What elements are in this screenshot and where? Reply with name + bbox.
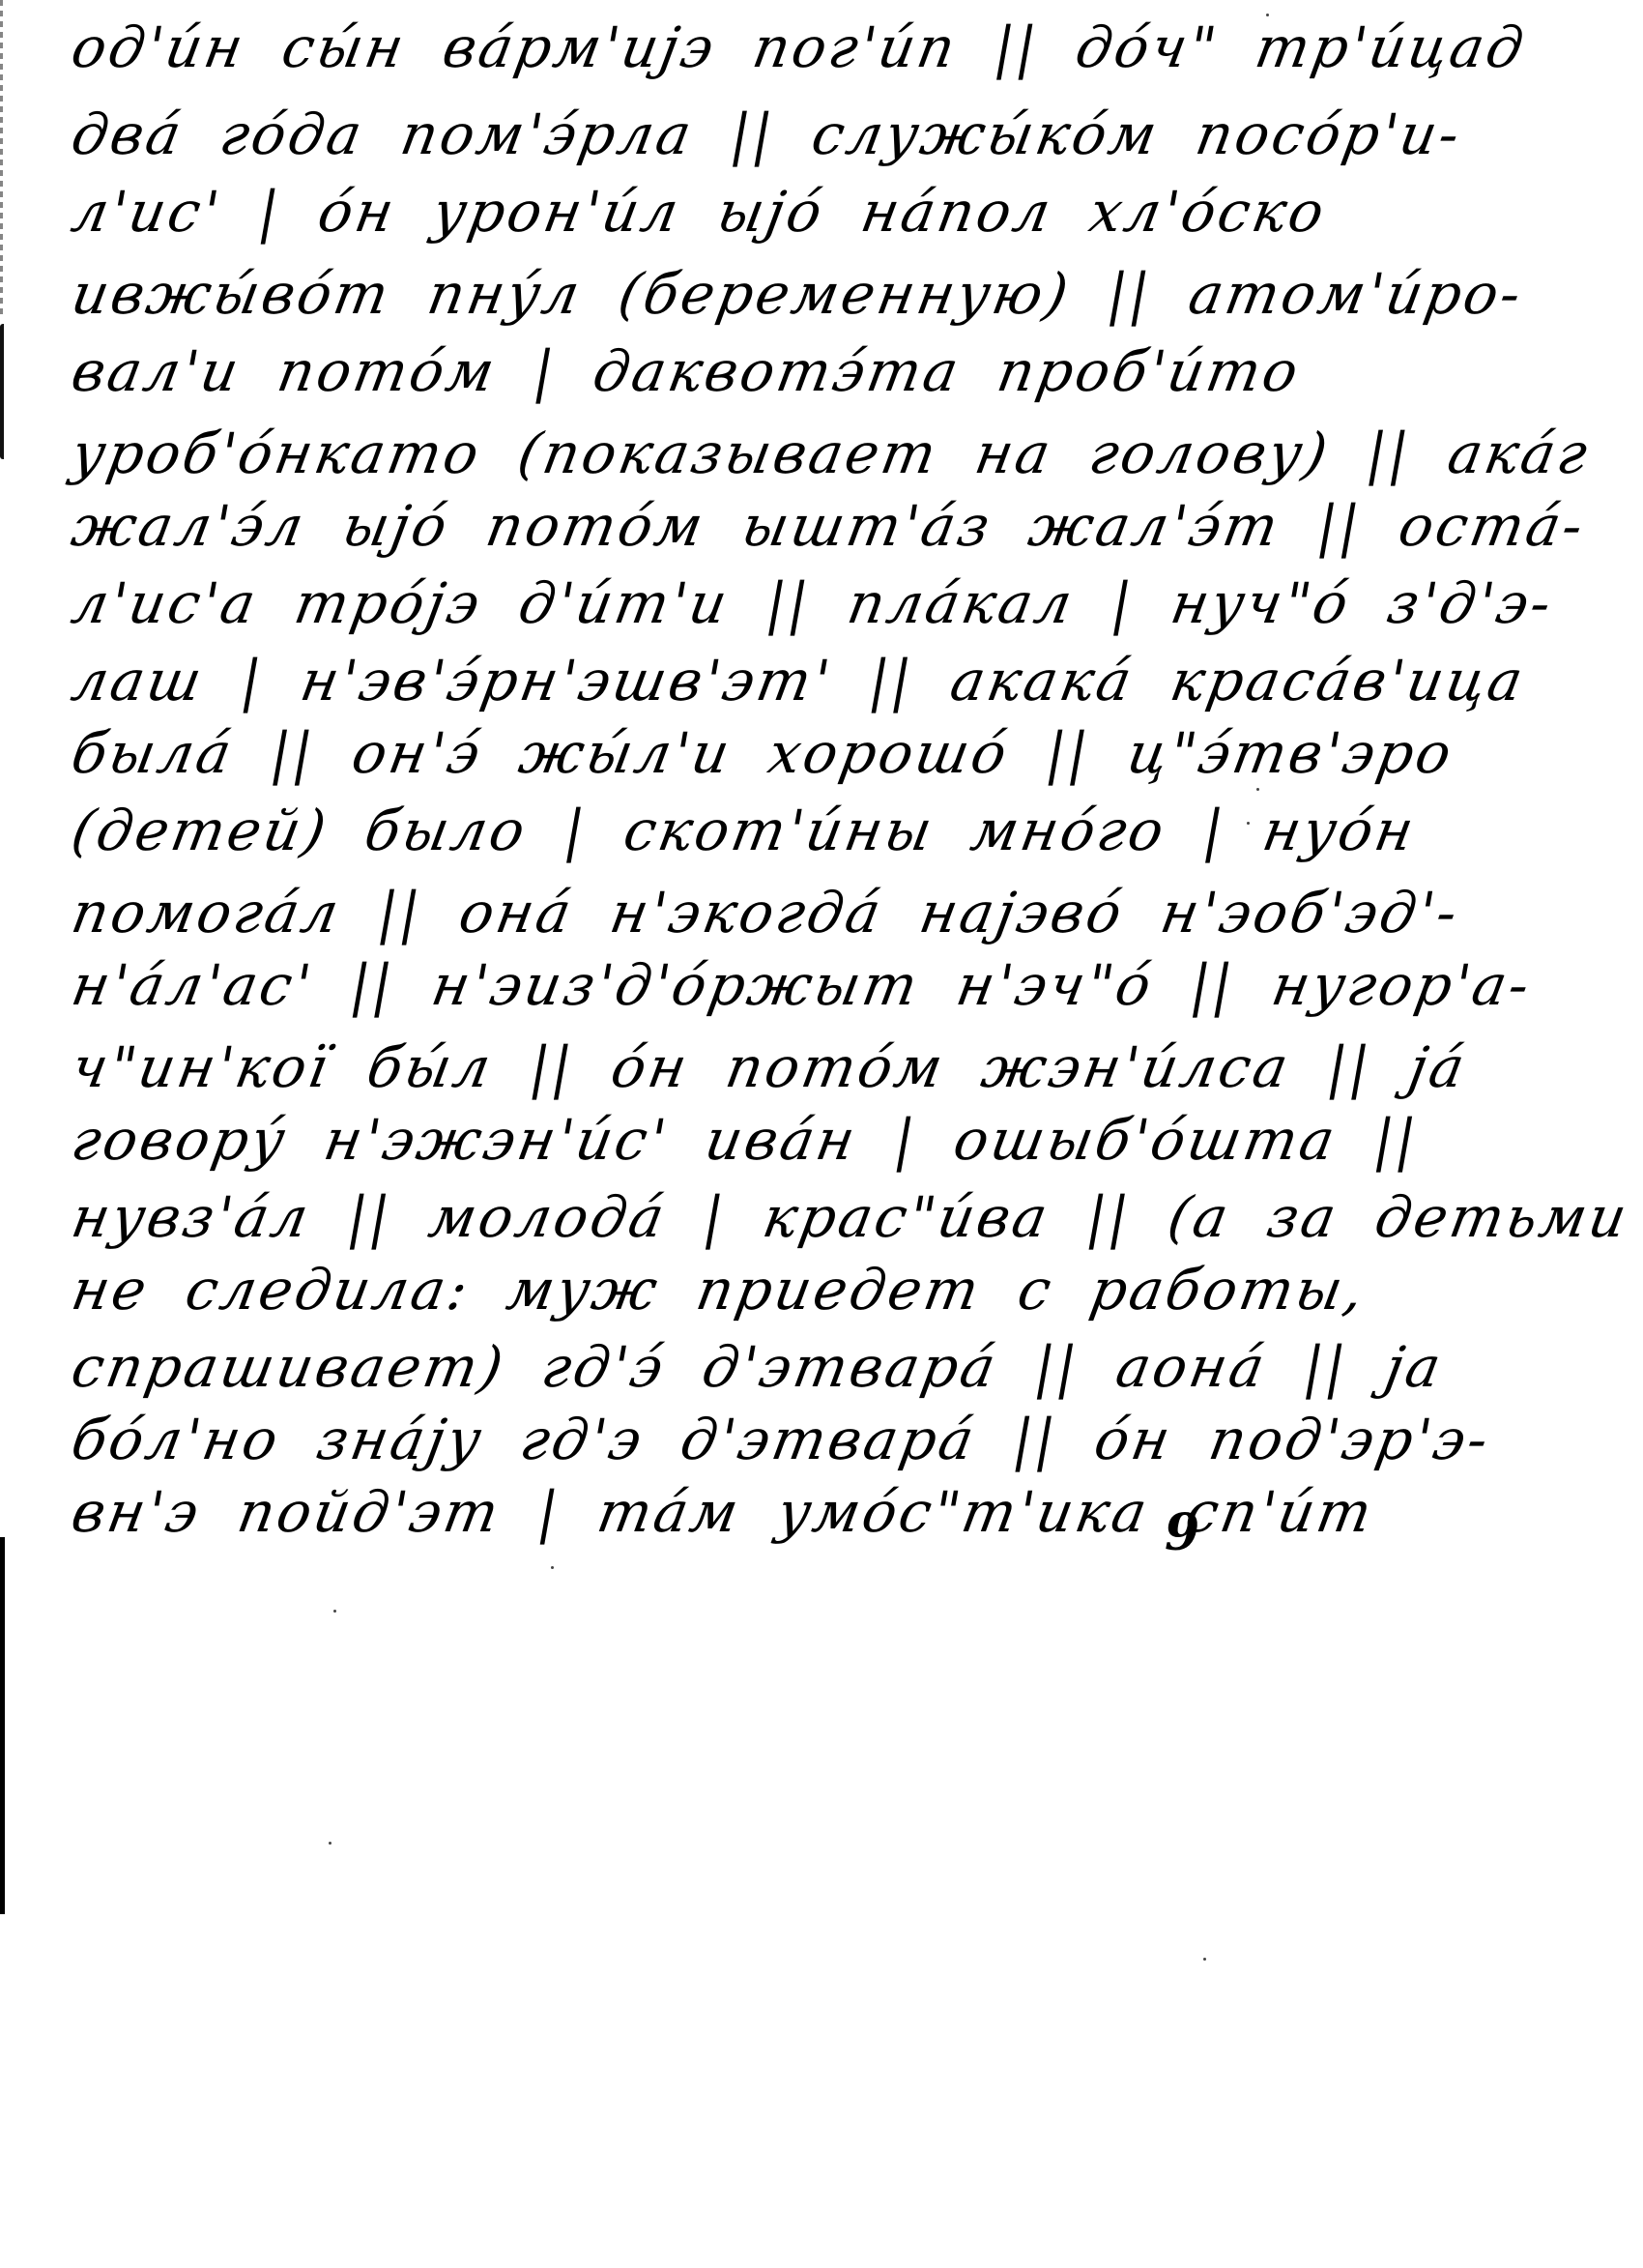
handwritten-line: была́ || он'э́ жы́л'и хорошо́ || ц"э́тв'… — [68, 725, 1458, 781]
handwritten-line: ч"ин'кої бы́л || о́н пото́м жэн'и́лса ||… — [68, 1039, 1471, 1095]
handwritten-line: жал'э́л ыjо́ пото́м ышт'а́з жал'э́т || о… — [68, 498, 1590, 554]
manuscript-page: од'и́н сы́н ва́рм'иjэ пог'и́п || до́ч" т… — [0, 0, 1643, 2268]
scan-speck — [333, 1610, 336, 1613]
handwritten-line: од'и́н сы́н ва́рм'иjэ пог'и́п || до́ч" т… — [68, 19, 1530, 75]
scan-edge-artifact — [0, 1537, 5, 1914]
margin-bracket-mark — [0, 324, 11, 459]
handwritten-line: помога́л || она́ н'экогда́ наjэво́ н'эоб… — [68, 885, 1464, 941]
handwritten-line: л'ис' | о́н урон'и́л ыjо́ на́пол хл'о́ск… — [68, 184, 1331, 240]
page-number: 9 — [1165, 1508, 1199, 1558]
scan-edge-artifact — [0, 0, 3, 319]
handwritten-line: два́ го́да пом'э́рла || служы́ко́м посо́… — [68, 106, 1466, 162]
handwritten-line: вал'и пото́м | даквотэ́та проб'и́то — [68, 343, 1305, 399]
handwritten-line: н'а́л'ас' || н'эиз'д'о́ржыт н'эч"о́ || н… — [68, 957, 1536, 1013]
scan-speck — [1203, 1958, 1206, 1961]
handwritten-line: говору́ н'эжэн'и́с' ива́н | ошыб'о́шта |… — [68, 1112, 1423, 1168]
handwritten-line: (детей) было | скот'и́ны мно́го | нуо́н — [68, 802, 1421, 858]
scan-speck — [329, 1842, 331, 1845]
handwritten-line: ивжы́во́т пну́л (беременную) || атом'и́р… — [68, 266, 1528, 322]
scan-speck — [1247, 822, 1250, 825]
handwritten-line: л'ис'а тро́jэ д'и́т'и || пла́кал | нуч"о… — [68, 575, 1558, 631]
scan-speck — [551, 1566, 554, 1569]
scan-speck — [1256, 788, 1259, 791]
handwritten-line: спрашивает) гд'э́ д'этвара́ || аона́ || … — [68, 1339, 1448, 1395]
handwritten-line: лаш | н'эв'э́рн'эшв'эт' || акака́ краса́… — [68, 653, 1530, 709]
scan-speck — [1266, 14, 1269, 16]
handwritten-line: уроб'о́нкато (показывает на голову) || а… — [68, 425, 1594, 481]
handwritten-line: не следила: муж приедет с работы, — [68, 1262, 1370, 1318]
handwritten-line: бо́л'но зна́jу гд'э д'этвара́ || о́н под… — [68, 1411, 1495, 1468]
handwritten-line: нувз'а́л || молода́ | крас"и́ва || (а за… — [68, 1189, 1633, 1245]
